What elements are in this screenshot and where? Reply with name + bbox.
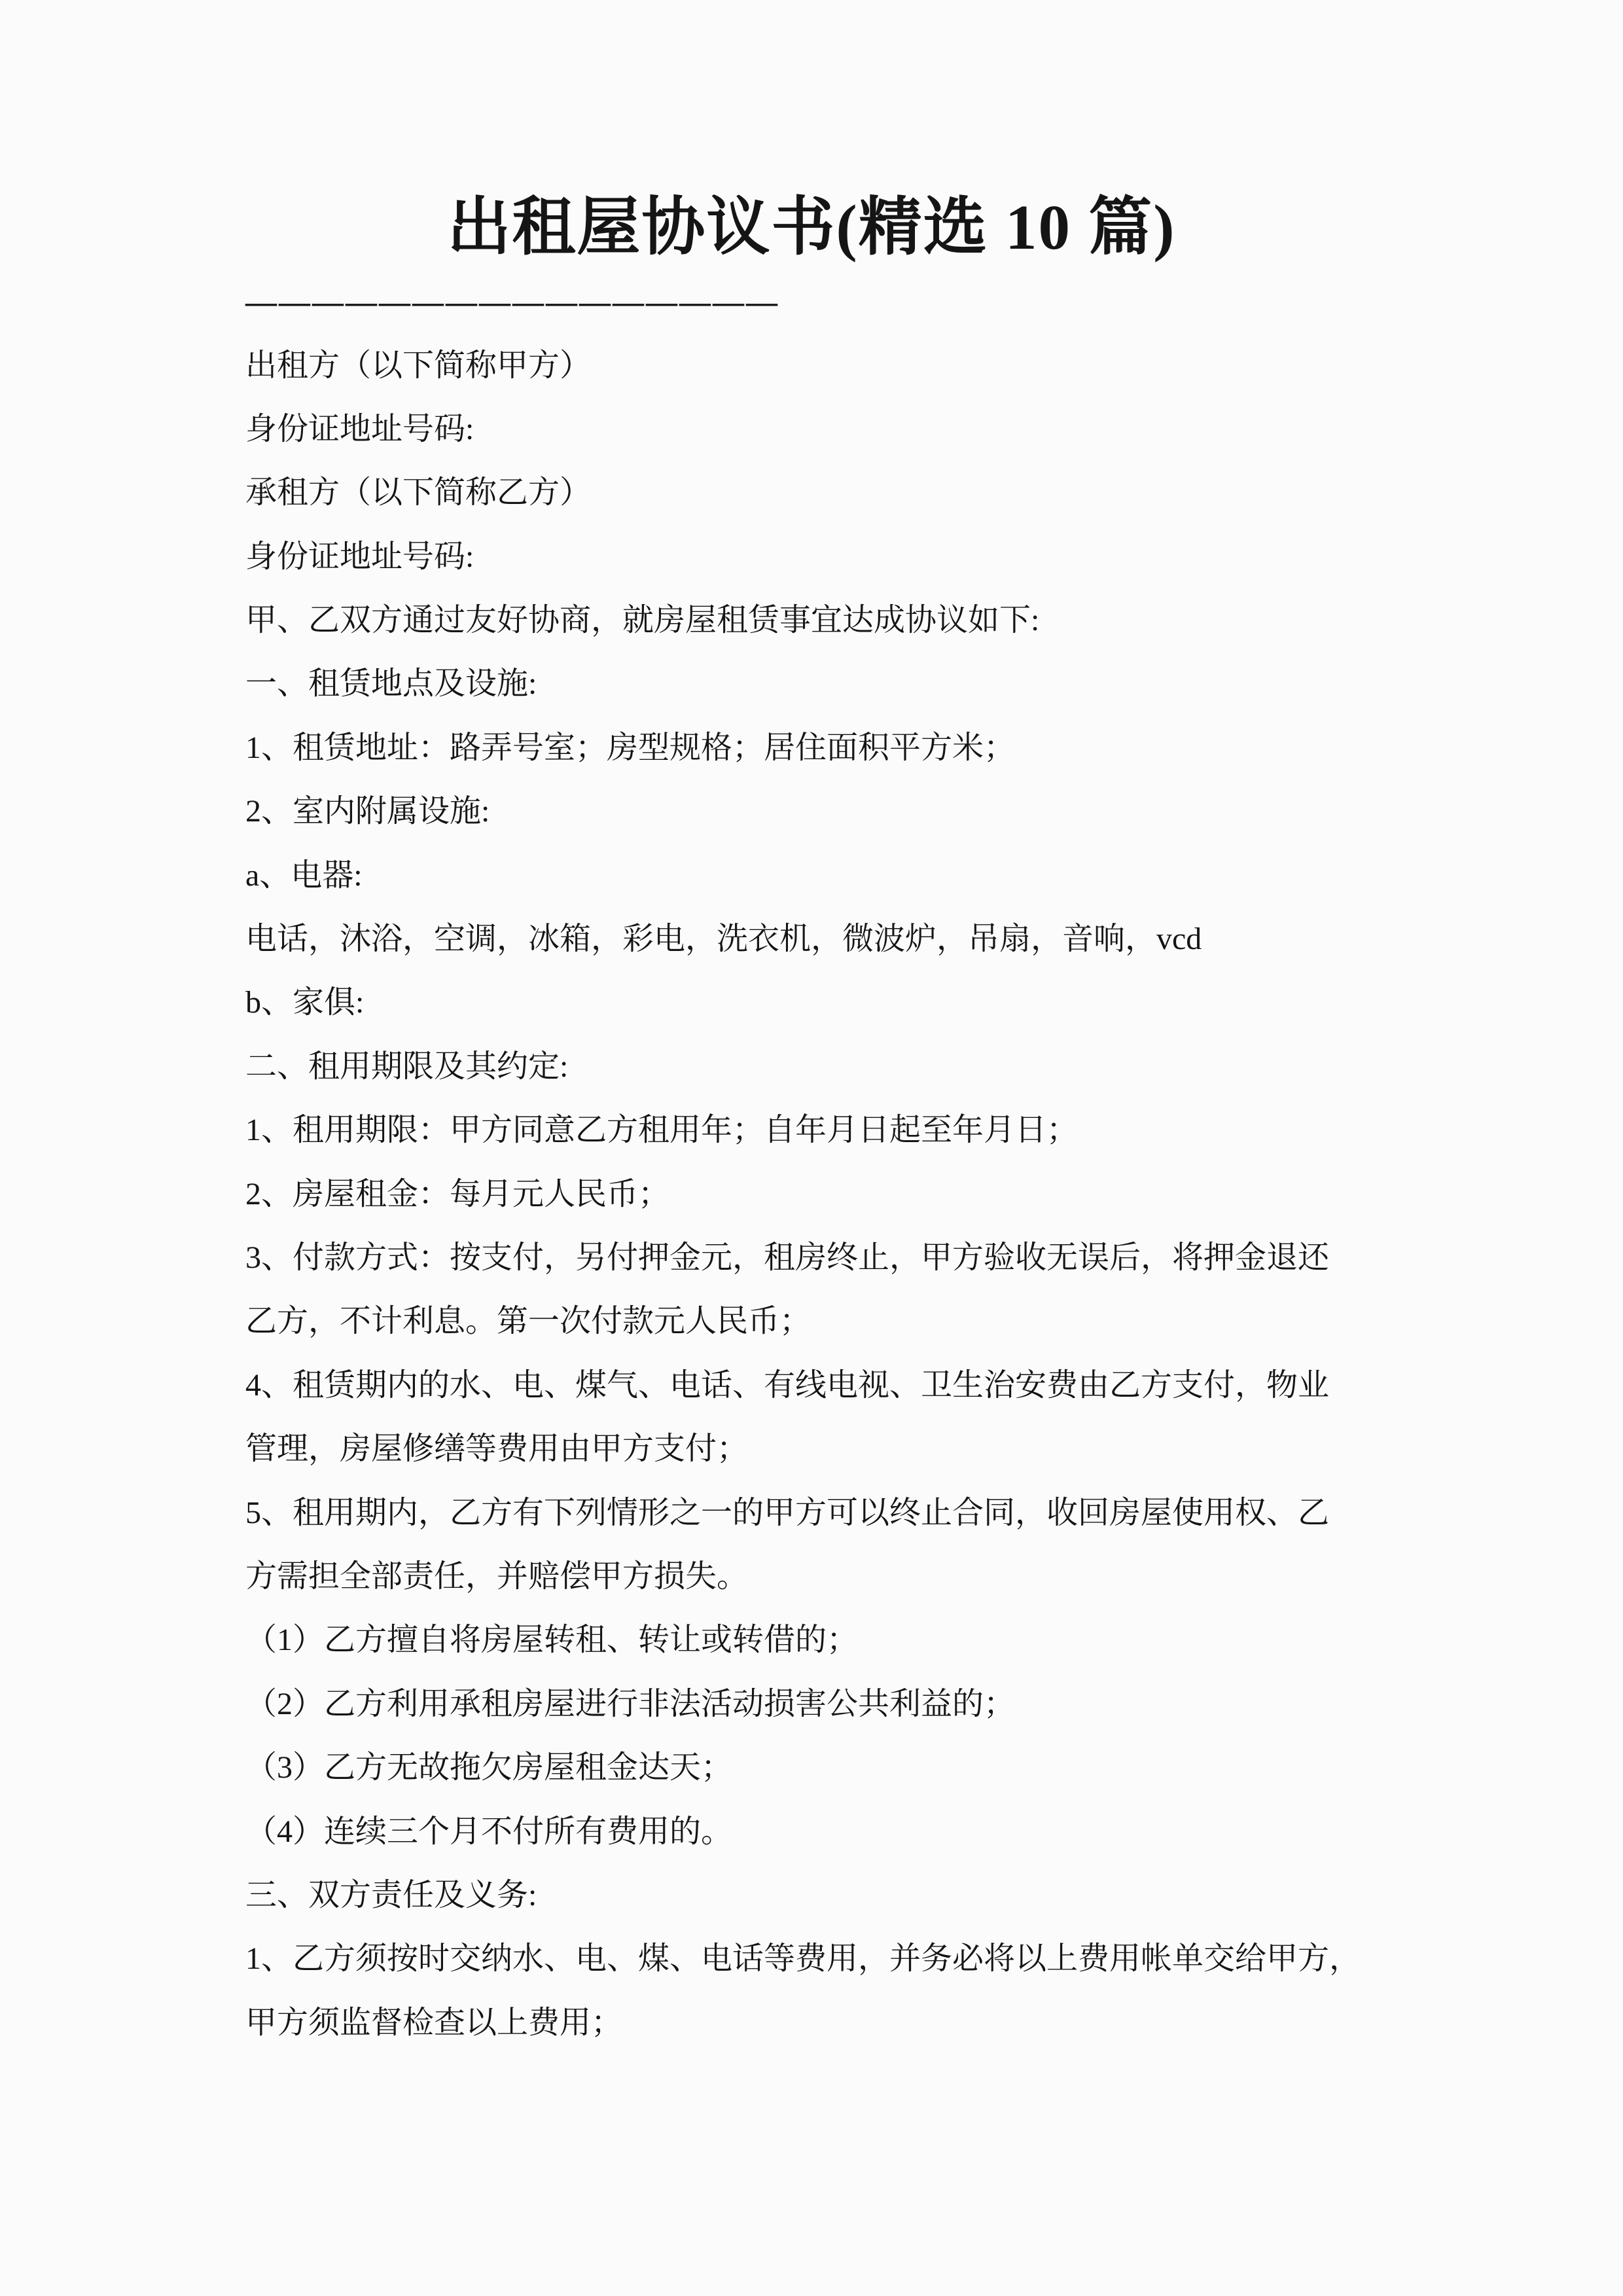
text-line: （4）连续三个月不付所有费用的。 bbox=[245, 1800, 1440, 1863]
text-line: 甲方须监督检查以上费用； bbox=[245, 1991, 1440, 2054]
text-line: 4、租赁期内的水、电、煤气、电话、有线电视、卫生治安费由乙方支付，物业 bbox=[245, 1354, 1440, 1417]
text-line: 2、房屋租金：每月元人民币； bbox=[245, 1162, 1440, 1226]
text-line: （2）乙方利用承租房屋进行非法活动损害公共利益的； bbox=[245, 1672, 1440, 1736]
text-line: 1、乙方须按时交纳水、电、煤、电话等费用，并务必将以上费用帐单交给甲方， bbox=[245, 1927, 1440, 1990]
text-line: （3）乙方无故拖欠房屋租金达天； bbox=[245, 1736, 1440, 1799]
text-line: 3、付款方式：按支付，另付押金元，租房终止，甲方验收无误后，将押金退还 bbox=[245, 1226, 1440, 1289]
text-line: 甲、乙双方通过友好协商，就房屋租赁事宜达成协议如下: bbox=[245, 588, 1440, 652]
text-line: 二、租用期限及其约定: bbox=[245, 1035, 1440, 1098]
text-line: （1）乙方擅自将房屋转租、转让或转借的； bbox=[245, 1608, 1440, 1672]
text-line: 5、租用期内，乙方有下列情形之一的甲方可以终止合同，收回房屋使用权、乙 bbox=[245, 1481, 1440, 1545]
text-line: 电话，沐浴，空调，冰箱，彩电，洗衣机，微波炉，吊扇，音响，vcd bbox=[245, 907, 1440, 971]
text-line: 承租方（以下简称乙方） bbox=[245, 461, 1440, 524]
text-line: 身份证地址号码: bbox=[245, 525, 1440, 588]
document-title: 出租屋协议书(精选 10 篇) bbox=[0, 0, 1623, 265]
text-line: 乙方，不计利息。第一次付款元人民币； bbox=[245, 1289, 1440, 1353]
text-line: 方需担全部责任，并赔偿甲方损失。 bbox=[245, 1545, 1440, 1608]
document-page: 出租屋协议书(精选 10 篇) ———————————————— 出租方（以下简… bbox=[0, 0, 1623, 2296]
text-line: 一、租赁地点及设施: bbox=[245, 652, 1440, 715]
text-line: a、电器: bbox=[245, 844, 1440, 907]
text-line: 2、室内附属设施: bbox=[245, 780, 1440, 843]
divider-dashes: ———————————————— bbox=[245, 270, 1623, 334]
text-line: 出租方（以下简称甲方） bbox=[245, 334, 1440, 397]
text-line: 身份证地址号码: bbox=[245, 397, 1440, 461]
text-line: 1、租用期限：甲方同意乙方租用年；自年月日起至年月日； bbox=[245, 1098, 1440, 1162]
text-line: 1、租赁地址：路弄号室；房型规格；居住面积平方米； bbox=[245, 716, 1440, 780]
document-body: 出租方（以下简称甲方） 身份证地址号码: 承租方（以下简称乙方） 身份证地址号码… bbox=[245, 334, 1440, 2055]
text-line: 管理，房屋修缮等费用由甲方支付； bbox=[245, 1417, 1440, 1480]
text-line: 三、双方责任及义务: bbox=[245, 1863, 1440, 1927]
text-line: b、家俱: bbox=[245, 971, 1440, 1034]
